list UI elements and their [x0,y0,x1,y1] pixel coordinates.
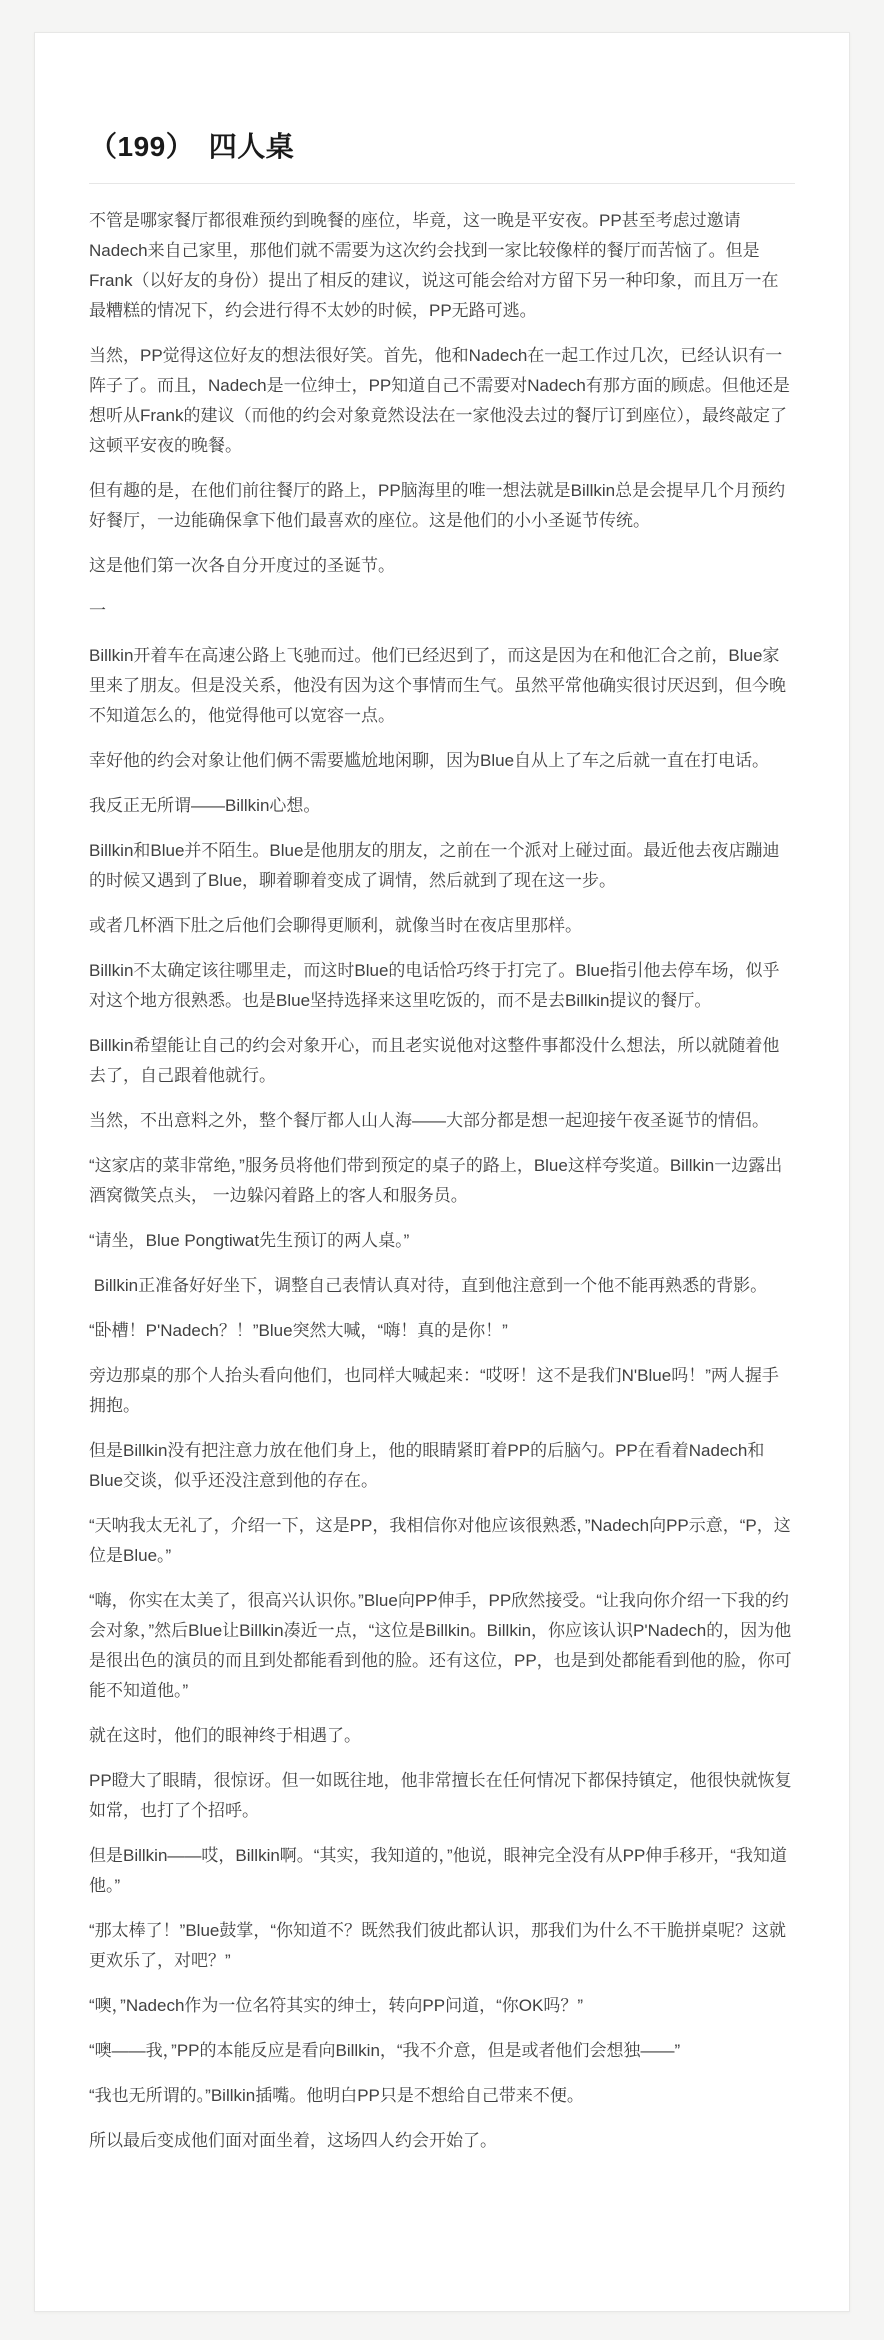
paragraph: 当然，不出意料之外，整个餐厅都人山人海——大部分都是想一起迎接午夜圣诞节的情侣。 [89,1106,795,1136]
paragraph: 我反正无所谓——Billkin心想。 [89,791,795,821]
paragraph: “噢，”Nadech作为一位名符其实的绅士，转向PP问道，“你OK吗？” [89,1991,795,2021]
paragraph: “那太棒了！”Blue鼓掌，“你知道不？既然我们彼此都认识，那我们为什么不干脆拼… [89,1916,795,1976]
paragraph: 但是Billkin没有把注意力放在他们身上，他的眼睛紧盯着PP的后脑勺。PP在看… [89,1436,795,1496]
paragraph: “请坐，Blue Pongtiwat先生预订的两人桌。” [89,1226,795,1256]
paragraph: 这是他们第一次各自分开度过的圣诞节。 [89,551,795,581]
paragraph: 旁边那桌的那个人抬头看向他们，也同样大喊起来：“哎呀！这不是我们N'Blue吗！… [89,1361,795,1421]
paragraph: Billkin正准备好好坐下，调整自己表情认真对待，直到他注意到一个他不能再熟悉… [89,1271,795,1301]
title-divider [89,183,795,184]
scene-break: 一 [89,596,795,626]
page-title: （199） 四人桌 [89,129,795,165]
paragraph: 当然，PP觉得这位好友的想法很好笑。首先，他和Nadech在一起工作过几次，已经… [89,341,795,461]
paragraph: “卧槽！P'Nadech？！”Blue突然大喊，“嗨！真的是你！” [89,1316,795,1346]
page-background: （199） 四人桌 不管是哪家餐厅都很难预约到晚餐的座位，毕竟，这一晚是平安夜。… [0,0,884,2340]
article-card: （199） 四人桌 不管是哪家餐厅都很难预约到晚餐的座位，毕竟，这一晚是平安夜。… [34,32,850,2312]
paragraph: “嗨，你实在太美了，很高兴认识你。”Blue向PP伸手，PP欣然接受。“让我向你… [89,1586,795,1706]
paragraph: 不管是哪家餐厅都很难预约到晚餐的座位，毕竟，这一晚是平安夜。PP甚至考虑过邀请N… [89,206,795,326]
paragraph: Billkin和Blue并不陌生。Blue是他朋友的朋友，之前在一个派对上碰过面… [89,836,795,896]
paragraph: Billkin希望能让自己的约会对象开心，而且老实说他对这整件事都没什么想法，所… [89,1031,795,1091]
paragraph: “天呐我太无礼了，介绍一下，这是PP，我相信你对他应该很熟悉，”Nadech向P… [89,1511,795,1571]
article-body: 不管是哪家餐厅都很难预约到晚餐的座位，毕竟，这一晚是平安夜。PP甚至考虑过邀请N… [89,206,795,2156]
paragraph: 但是Billkin——哎，Billkin啊。“其实，我知道的，”他说，眼神完全没… [89,1841,795,1901]
paragraph: Billkin不太确定该往哪里走，而这时Blue的电话恰巧终于打完了。Blue指… [89,956,795,1016]
paragraph: 但有趣的是，在他们前往餐厅的路上，PP脑海里的唯一想法就是Billkin总是会提… [89,476,795,536]
paragraph: 幸好他的约会对象让他们俩不需要尴尬地闲聊，因为Blue自从上了车之后就一直在打电… [89,746,795,776]
paragraph: 就在这时，他们的眼神终于相遇了。 [89,1721,795,1751]
paragraph: “噢——我，”PP的本能反应是看向Billkin，“我不介意，但是或者他们会想独… [89,2036,795,2066]
paragraph: 所以最后变成他们面对面坐着，这场四人约会开始了。 [89,2126,795,2156]
paragraph: “这家店的菜非常绝，”服务员将他们带到预定的桌子的路上，Blue这样夸奖道。Bi… [89,1151,795,1211]
paragraph: Billkin开着车在高速公路上飞驰而过。他们已经迟到了，而这是因为在和他汇合之… [89,641,795,731]
paragraph: 或者几杯酒下肚之后他们会聊得更顺利，就像当时在夜店里那样。 [89,911,795,941]
paragraph: “我也无所谓的。”Billkin插嘴。他明白PP只是不想给自己带来不便。 [89,2081,795,2111]
paragraph: PP瞪大了眼睛，很惊讶。但一如既往地，他非常擅长在任何情况下都保持镇定，他很快就… [89,1766,795,1826]
